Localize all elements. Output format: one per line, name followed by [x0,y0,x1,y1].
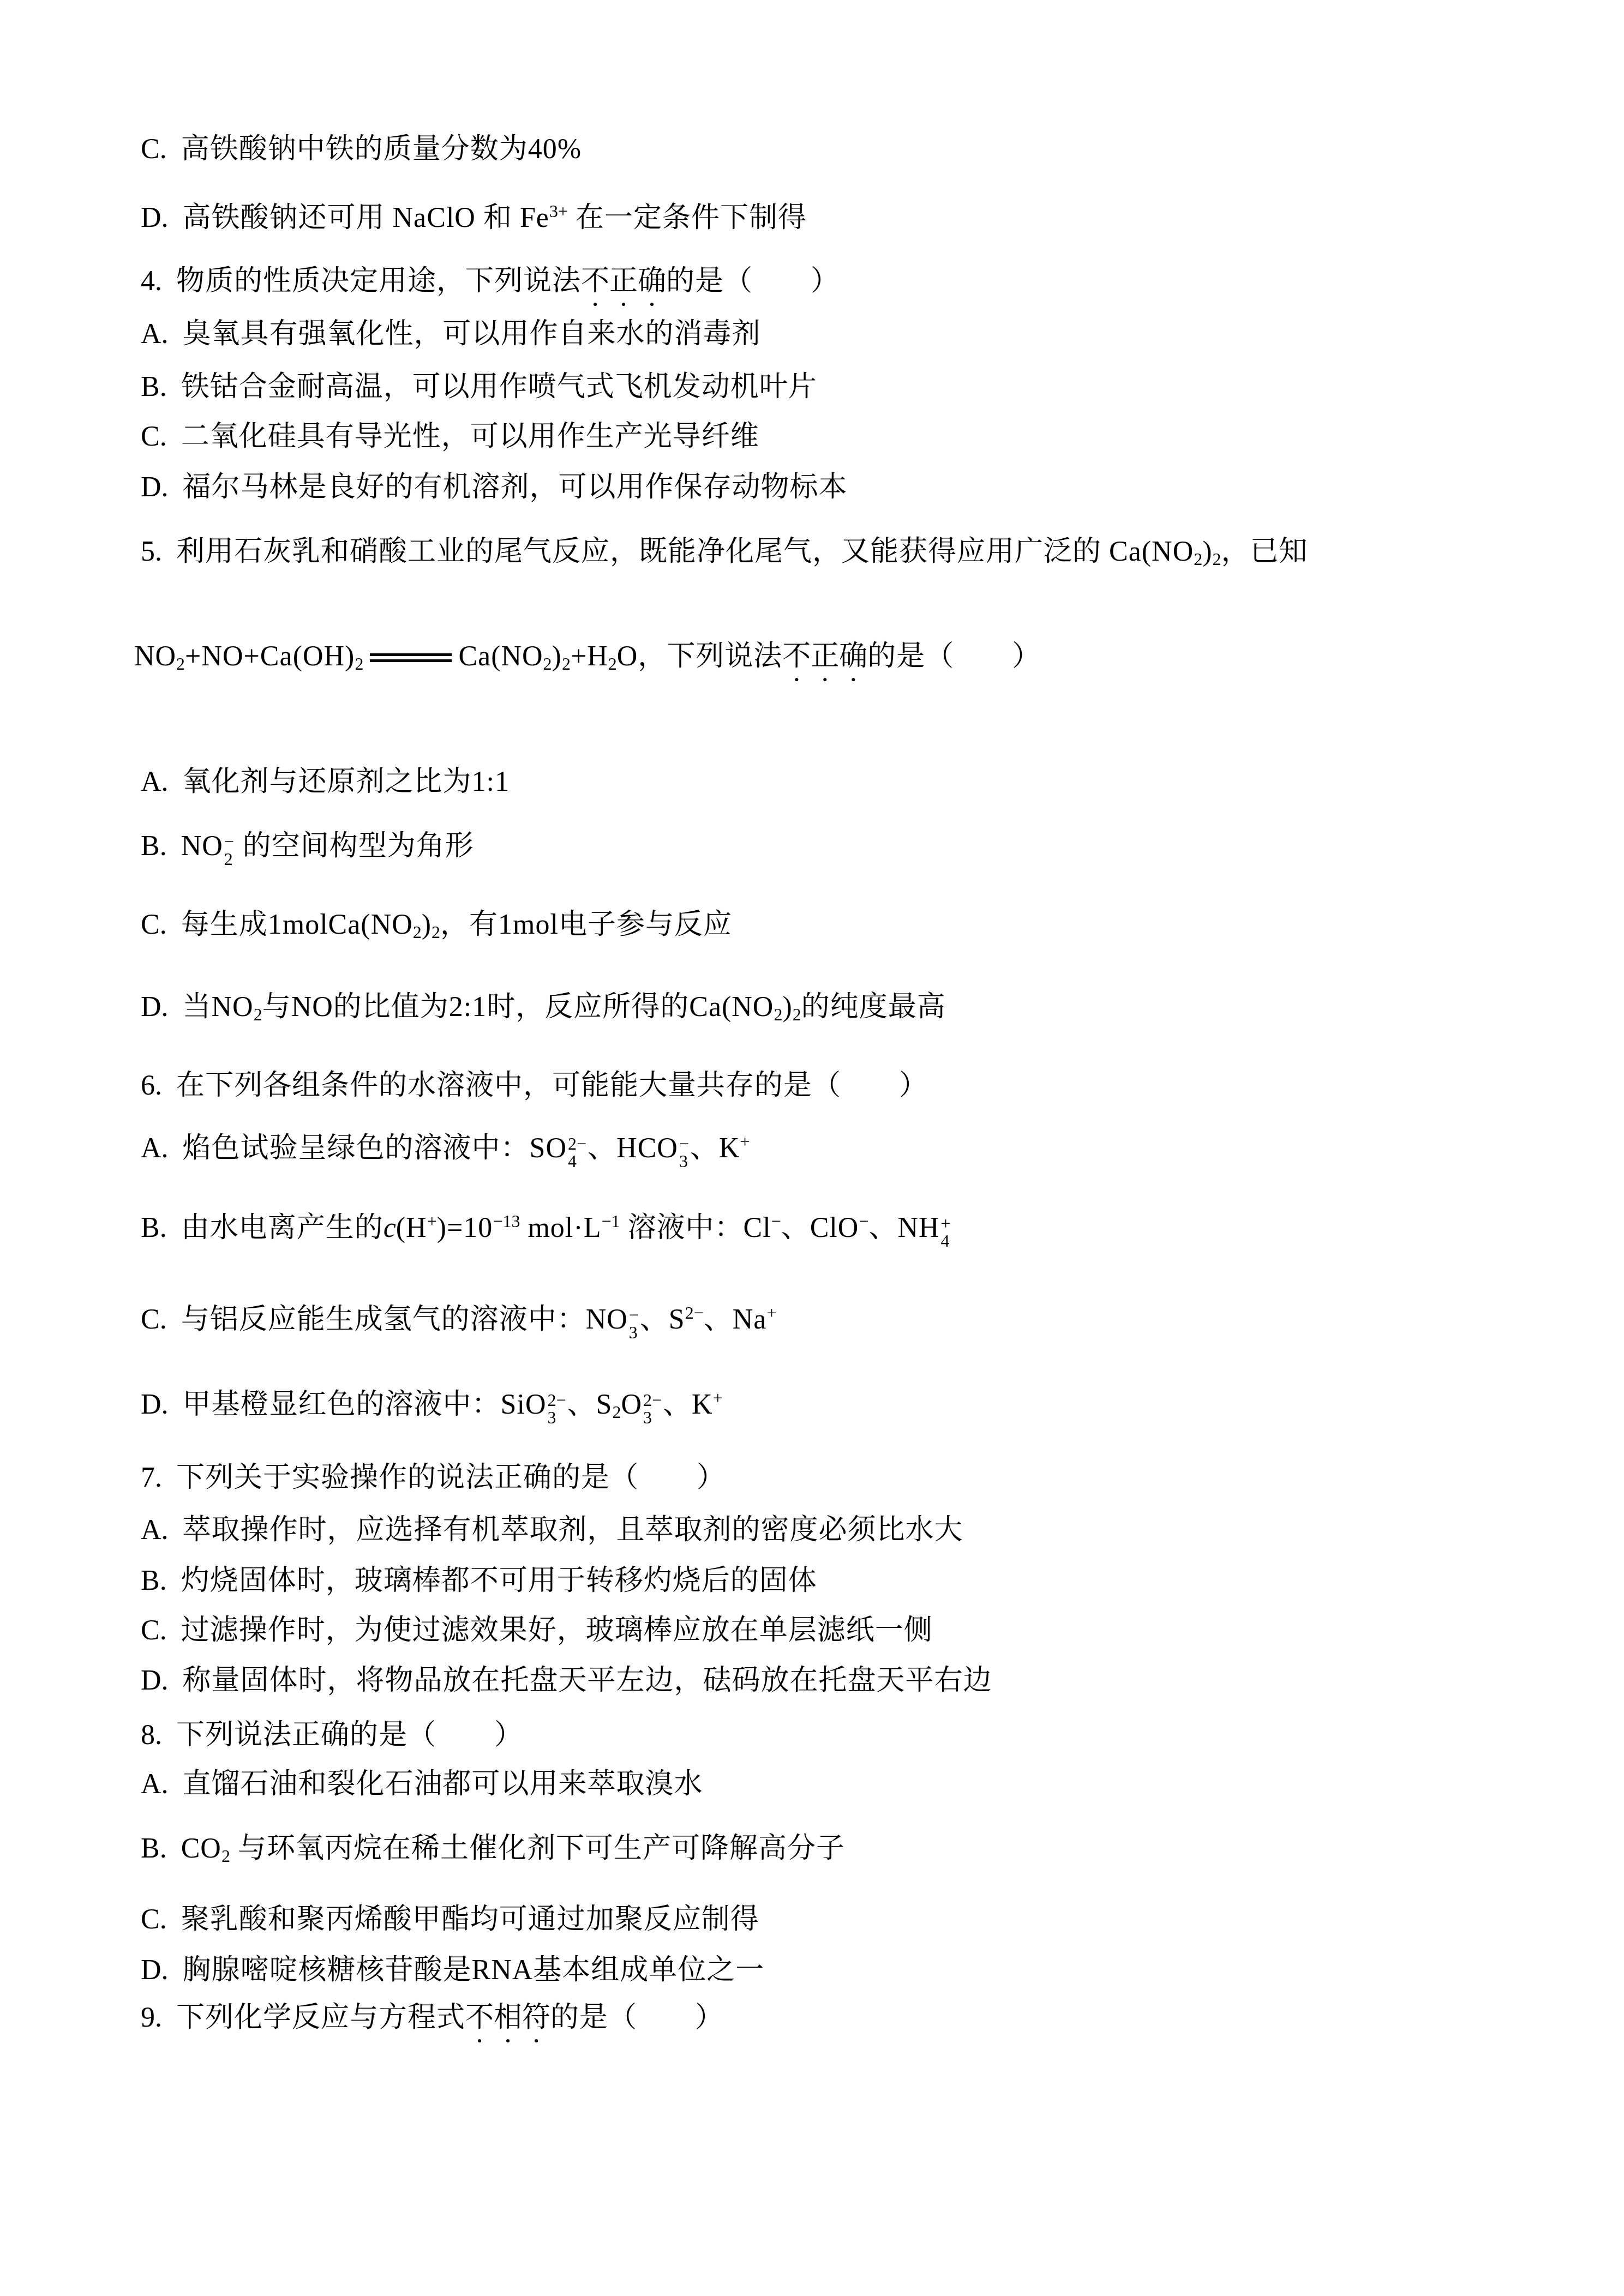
ion-subscript: 4 [940,1232,950,1249]
line-label: C. [141,1902,167,1937]
superscript: 2− [685,1303,704,1323]
superscript: −1 [601,1211,620,1231]
option-4a: A.臭氧具有强氧化性，可以用作自来水的消毒剂 [141,317,761,352]
ion-charge-stack: 2−3 [643,1391,662,1426]
text-run: )=10 [437,1212,493,1243]
text-run: Ca(NO [458,641,543,672]
line-label: D. [141,990,169,1025]
ion-superscript: 2− [568,1135,586,1152]
text-run: +NO+Ca(OH) [185,641,355,672]
subscript: 2 [1213,549,1221,569]
question-9: 9.下列化学反应与方程式不相符的是（ ） [141,2000,724,2049]
option-7a: A.萃取操作时，应选择有机萃取剂，且萃取剂的密度必须比水大 [141,1513,963,1548]
text-run: 当NO [183,991,254,1023]
text-run: 的纯度最高 [801,991,946,1023]
text-run: NO [181,831,223,862]
line-label: A. [141,1513,169,1548]
superscript: − [859,1211,868,1231]
superscript: + [427,1211,437,1231]
subscript: 2 [608,654,617,674]
ion-charge-stack: +4 [940,1215,950,1249]
option-5c: C.每生成1molCa(NO2)2，有1mol电子参与反应 [141,907,732,942]
subscript: 2 [221,1846,230,1866]
ion-superscript: − [224,833,234,850]
text-run: 在下列各组条件的水溶液中，可能能大量共存的是（ ） [176,1070,928,1101]
emphasized-text: 不正确 [581,266,666,297]
line-label: A. [141,317,169,352]
text-run: ，已知 [1221,536,1308,567]
text-run: 与NO的比值为2:1时，反应所得的Ca(NO [262,991,774,1023]
subscript: 2 [432,922,440,942]
superscript: + [766,1303,776,1323]
question-8: 8.下列说法正确的是（ ） [141,1718,523,1753]
text-run: 过滤操作时，为使过滤效果好，玻璃棒应放在单层滤纸一侧 [181,1615,933,1646]
emphasized-text: 不相符 [465,2002,550,2033]
text-run: 福尔马林是良好的有机溶剂，可以用作保存动物标本 [183,472,848,503]
text-run: 聚乳酸和聚丙烯酸甲酯均可通过加聚反应制得 [181,1904,759,1935]
ion-subscript: 3 [629,1324,639,1341]
ion-subscript: 3 [547,1409,566,1426]
text-run: 称量固体时，将物品放在托盘天平左边，砝码放在托盘天平右边 [183,1665,992,1696]
option-8c: C.聚乳酸和聚丙烯酸甲酯均可通过加聚反应制得 [141,1902,759,1937]
ion-charge-stack: 2−4 [568,1135,586,1170]
line-label: D. [141,470,169,505]
option-3d: D.高铁酸钠还可用 NaClO 和 Fe3+ 在一定条件下制得 [141,201,807,236]
text-run: 的空间构型为角形 [235,831,474,862]
text-run: 在一定条件下制得 [568,202,807,233]
line-label: C. [141,907,167,942]
text-run: 、HCO [588,1133,678,1164]
question-4: 4.物质的性质决定用途，下列说法不正确的是（ ） [141,264,840,312]
question-5-equation: NO2+NO+Ca(OH)2Ca(NO2)2+H2O，下列说法不正确的是（ ） [134,639,1041,688]
text-run: +H [571,641,608,672]
ion-charge-stack: −3 [679,1135,689,1170]
text-run: 胸腺嘧啶核糖核苷酸是RNA基本组成单位之一 [183,1955,765,1986]
line-label: 6. [141,1068,162,1103]
text-run: 、Na [704,1304,767,1335]
text-run: 下列说法正确的是（ ） [176,1720,523,1751]
subscript: 2 [543,654,552,674]
subscript: 2 [1194,549,1202,569]
question-7: 7.下列关于实验操作的说法正确的是（ ） [141,1460,726,1495]
text-run: 下列关于实验操作的说法正确的是（ ） [176,1462,726,1493]
question-6: 6.在下列各组条件的水溶液中，可能能大量共存的是（ ） [141,1068,928,1103]
ion-subscript: 3 [643,1409,662,1426]
italic-symbol: c [383,1212,396,1243]
text-run: 与环氧丙烷在稀土催化剂下可生产可降解高分子 [230,1833,845,1864]
text-run: 萃取操作时，应选择有机萃取剂，且萃取剂的密度必须比水大 [183,1514,963,1546]
option-5b: B.NO−2 的空间构型为角形 [141,829,474,868]
text-run: 二氧化硅具有导光性，可以用作生产光导纤维 [181,421,759,452]
line-label: D. [141,1663,169,1698]
line-label: 5. [141,534,162,569]
line-label: D. [141,1387,169,1422]
text-run: (H [396,1212,427,1243]
text-run: 与铝反应能生成氢气的溶液中：NO [181,1304,628,1335]
text-run: 的是（ ） [867,641,1041,672]
superscript: − [771,1211,781,1231]
text-run: 氧化剂与还原剂之比为1:1 [183,766,510,797]
line-label: A. [141,765,169,800]
line-label: C. [141,132,167,167]
ion-superscript: 2− [547,1391,566,1409]
ion-superscript: + [940,1215,950,1232]
ion-charge-stack: −3 [629,1306,639,1341]
text-run: 利用石灰乳和硝酸工业的尾气反应，既能净化尾气，又能获得应用广泛的 Ca(NO [176,536,1194,567]
option-7d: D.称量固体时，将物品放在托盘天平左边，砝码放在托盘天平右边 [141,1663,992,1698]
text-run: ) [552,641,562,672]
text-run: O [621,1389,642,1420]
superscript: −13 [493,1211,520,1231]
text-run: NO [134,641,176,672]
text-run: 直馏石油和裂化石油都可以用来萃取溴水 [183,1769,703,1800]
option-4b: B.铁钴合金耐高温，可以用作喷气式飞机发动机叶片 [141,370,817,405]
subscript: 2 [176,654,185,674]
line-label: A. [141,1131,169,1166]
document-page: C.高铁酸钠中铁的质量分数为40% D.高铁酸钠还可用 NaClO 和 Fe3+… [0,0,1624,2296]
text-run: O，下列说法 [617,641,783,672]
option-8b: B.CO2 与环氧丙烷在稀土催化剂下可生产可降解高分子 [141,1831,845,1866]
text-run: ) [1202,536,1212,567]
text-run: 的是（ ） [550,2002,724,2033]
text-run: 由水电离产生的 [181,1212,383,1243]
text-run: 、ClO [781,1212,859,1243]
subscript: 2 [774,1005,782,1024]
text-run: 、K [663,1389,713,1420]
option-4d: D.福尔马林是良好的有机溶剂，可以用作保存动物标本 [141,470,848,505]
text-run: 高铁酸钠还可用 NaClO 和 Fe [183,202,549,233]
option-6c: C.与铝反应能生成氢气的溶液中：NO−3、S2−、Na+ [141,1302,777,1341]
text-run: 溶液中：Cl [620,1212,771,1243]
line-label: 4. [141,264,162,299]
ion-superscript: − [679,1135,689,1152]
option-6b: B.由水电离产生的c(H+)=10−13 mol·L−1 溶液中：Cl−、ClO… [141,1211,952,1249]
text-run: CO [181,1833,221,1864]
ion-subscript: 2 [224,850,234,868]
ion-superscript: 2− [643,1391,662,1409]
text-run: 甲基橙显红色的溶液中：SiO [183,1389,547,1420]
line-label: B. [141,829,167,864]
superscript: 3+ [549,201,568,221]
option-6a: A.焰色试验呈绿色的溶液中：SO2−4、HCO−3、K+ [141,1131,750,1170]
line-label: A. [141,1767,169,1802]
emphasized-text: 不正确 [782,641,867,672]
superscript: + [740,1132,750,1151]
text-run: mol·L [520,1212,601,1243]
text-run: 的是（ ） [666,266,840,297]
subscript: 2 [413,922,422,942]
ion-subscript: 4 [568,1152,586,1170]
line-label: 7. [141,1460,162,1495]
text-run: 下列化学反应与方程式 [176,2002,465,2033]
text-run: 高铁酸钠中铁的质量分数为40% [181,134,582,165]
text-run: 灼烧固体时，玻璃棒都不可用于转移灼烧后的固体 [181,1565,817,1596]
subscript: 2 [254,1005,262,1024]
text-run: ) [422,909,432,940]
superscript: + [713,1388,723,1408]
line-label: B. [141,1211,167,1246]
line-label: C. [141,1613,167,1648]
text-run: 物质的性质决定用途，下列说法 [176,266,581,297]
line-label: 9. [141,2000,162,2035]
subscript: 2 [612,1402,621,1422]
double-bond-equals-icon [370,653,452,662]
line-label: C. [141,1302,167,1337]
ion-charge-stack: 2−3 [547,1391,566,1426]
text-run: ，有1mol电子参与反应 [440,909,732,940]
text-run: 焰色试验呈绿色的溶液中：SO [183,1133,567,1164]
text-run: 、NH [868,1212,939,1243]
subscript: 2 [562,654,571,674]
option-6d: D.甲基橙显红色的溶液中：SiO2−3、S2O2−3、K+ [141,1387,723,1426]
subscript: 2 [355,654,363,674]
option-5a: A.氧化剂与还原剂之比为1:1 [141,765,510,800]
text-run: ) [782,991,792,1023]
line-label: B. [141,1564,167,1598]
option-5d: D.当NO2与NO的比值为2:1时，反应所得的Ca(NO2)2的纯度最高 [141,990,946,1025]
text-run: 每生成1molCa(NO [181,909,413,940]
text-run: 、K [690,1133,740,1164]
question-5: 5.利用石灰乳和硝酸工业的尾气反应，既能净化尾气，又能获得应用广泛的 Ca(NO… [141,534,1308,569]
text-run: 臭氧具有强氧化性，可以用作自来水的消毒剂 [183,318,761,350]
option-7b: B.灼烧固体时，玻璃棒都不可用于转移灼烧后的固体 [141,1564,817,1598]
text-run: 、S [567,1389,613,1420]
line-label: D. [141,201,169,236]
line-label: C. [141,419,167,454]
line-label: D. [141,1953,169,1988]
line-label: 8. [141,1718,162,1753]
ion-charge-stack: −2 [224,833,234,868]
text-run: 铁钴合金耐高温，可以用作喷气式飞机发动机叶片 [181,371,817,402]
option-4c: C.二氧化硅具有导光性，可以用作生产光导纤维 [141,419,759,454]
ion-superscript: − [629,1306,639,1324]
option-8a: A.直馏石油和裂化石油都可以用来萃取溴水 [141,1767,703,1802]
option-8d: D.胸腺嘧啶核糖核苷酸是RNA基本组成单位之一 [141,1953,764,1988]
line-label: B. [141,370,167,405]
option-7c: C.过滤操作时，为使过滤效果好，玻璃棒应放在单层滤纸一侧 [141,1613,933,1648]
text-run: 、S [640,1304,685,1335]
subscript: 2 [793,1005,801,1024]
option-3c: C.高铁酸钠中铁的质量分数为40% [141,132,582,167]
ion-subscript: 3 [679,1152,689,1170]
line-label: B. [141,1831,167,1866]
